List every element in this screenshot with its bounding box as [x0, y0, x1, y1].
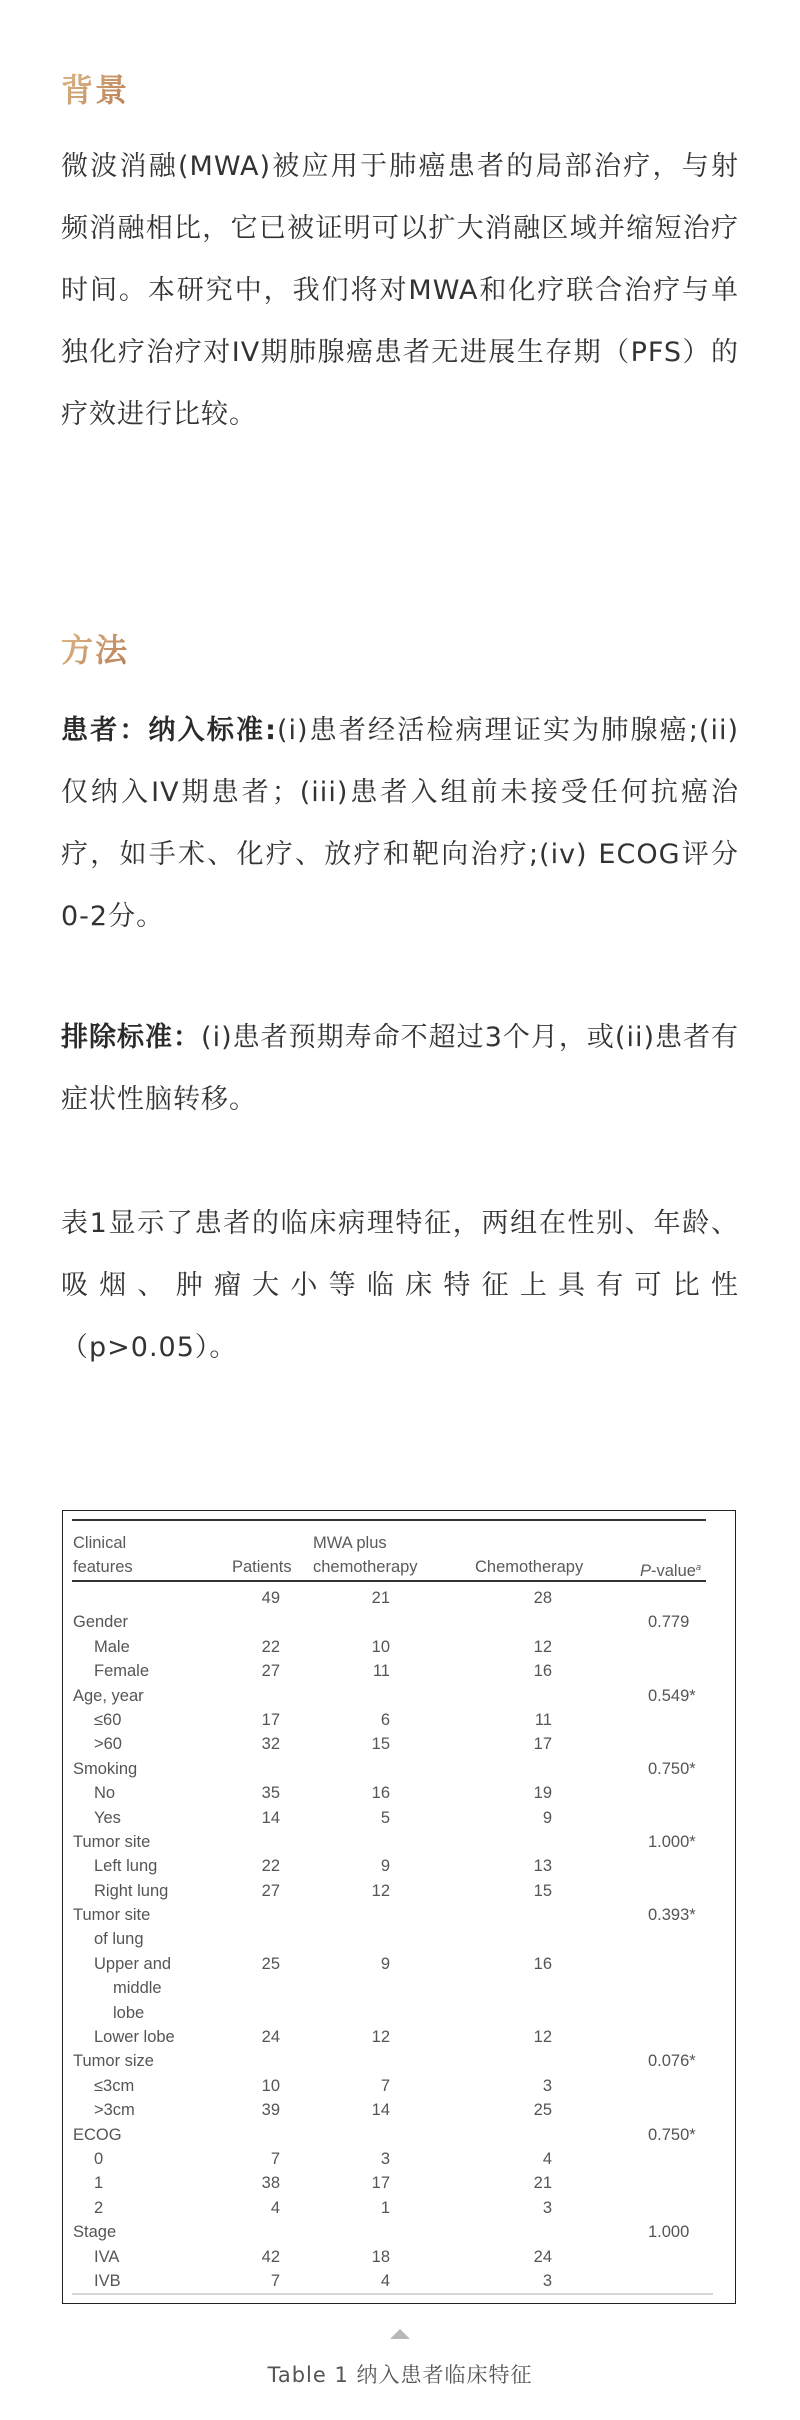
table-row: Stage1.000 — [63, 2220, 735, 2244]
row-label: ≤60 — [94, 1708, 121, 1732]
row-label: 1 — [94, 2171, 103, 2195]
row-label: Yes — [94, 1806, 121, 1830]
table-row: Left lung22913 — [63, 1854, 735, 1878]
cell-chemotherapy: 16 — [534, 1952, 552, 1976]
cell-mwa-chemotherapy: 7 — [381, 2074, 390, 2098]
table-row: Tumor size0.076* — [63, 2049, 735, 2073]
cell-patients: 38 — [262, 2171, 280, 2195]
inclusion-criteria-paragraph: 患者：纳入标准:(i)患者经活检病理证实为肺腺癌;(ii)仅纳入IV期患者；(i… — [61, 700, 739, 948]
table-header-rule — [72, 1580, 706, 1582]
row-label: Stage — [73, 2220, 116, 2244]
row-label: Upper and — [94, 1952, 171, 1976]
cell-patients: 7 — [271, 2269, 280, 2293]
cell-chemotherapy: 19 — [534, 1781, 552, 1805]
table-row: Tumor site1.000* — [63, 1830, 735, 1854]
cell-chemotherapy: 3 — [543, 2269, 552, 2293]
cell-mwa-chemotherapy: 16 — [372, 1781, 390, 1805]
table-row: Female271116 — [63, 1659, 735, 1683]
cell-p-value: 0.076* — [648, 2049, 696, 2073]
cell-chemotherapy: 11 — [535, 1708, 552, 1732]
row-label: Male — [94, 1635, 130, 1659]
inclusion-criteria-text: (i)患者经活检病理证实为肺腺癌;(ii)仅纳入IV期患者；(iii)患者入组前… — [61, 715, 739, 932]
header-chemotherapy: Chemotherapy — [475, 1555, 583, 1579]
table-row: IVA421824 — [63, 2245, 735, 2269]
table-row: 0734 — [63, 2147, 735, 2171]
table-row: IVB743 — [63, 2269, 735, 2293]
table-row: of lung — [63, 1927, 735, 1951]
cell-patients: 25 — [262, 1952, 280, 1976]
row-label: Left lung — [94, 1854, 157, 1878]
table-caption: Table 1 纳入患者临床特征 — [0, 2358, 800, 2392]
row-label: Lower lobe — [94, 2025, 175, 2049]
background-paragraph: 微波消融(MWA)被应用于肺癌患者的局部治疗，与射频消融相比，它已被证明可以扩大… — [61, 136, 739, 446]
row-label: Tumor site — [73, 1830, 150, 1854]
p-italic: P — [640, 1562, 651, 1580]
row-label: Right lung — [94, 1879, 168, 1903]
row-label: Female — [94, 1659, 149, 1683]
cell-p-value: 1.000 — [648, 2220, 689, 2244]
table-row: Upper and25916 — [63, 1952, 735, 1976]
cell-mwa-chemotherapy: 4 — [381, 2269, 390, 2293]
row-label: >3cm — [94, 2098, 135, 2122]
cell-mwa-chemotherapy: 12 — [372, 1879, 390, 1903]
cell-p-value: 0.393* — [648, 1903, 696, 1927]
header-clinical-line1: Clinical — [73, 1531, 126, 1555]
row-label: >60 — [94, 1732, 122, 1756]
cell-mwa-chemotherapy: 1 — [381, 2196, 390, 2220]
cell-chemotherapy: 3 — [543, 2074, 552, 2098]
row-label: ECOG — [73, 2123, 122, 2147]
cell-mwa-chemotherapy: 10 — [372, 1635, 390, 1659]
cell-chemotherapy: 24 — [534, 2245, 552, 2269]
table-row: >3cm391425 — [63, 2098, 735, 2122]
triangle-up-icon — [390, 2329, 410, 2339]
cell-patients: 42 — [262, 2245, 280, 2269]
section-heading-background: 背景 — [61, 72, 129, 108]
table-bottom-rule — [72, 2293, 713, 2295]
header-p-value: P-valuea — [640, 1555, 701, 1583]
table-row: middle — [63, 1976, 735, 2000]
cell-mwa-chemotherapy: 3 — [381, 2147, 390, 2171]
table-row: 2413 — [63, 2196, 735, 2220]
cell-chemotherapy: 25 — [534, 2098, 552, 2122]
row-label: lobe — [113, 2001, 144, 2025]
cell-chemotherapy: 9 — [543, 1806, 552, 1830]
row-label: IVB — [94, 2269, 121, 2293]
cell-mwa-chemotherapy: 14 — [372, 2098, 390, 2122]
cell-p-value: 0.750* — [648, 1757, 696, 1781]
p-value-footnote-marker: a — [696, 1562, 701, 1572]
clinical-features-table: Clinical features Patients MWA plus chem… — [62, 1510, 736, 2304]
row-label: 0 — [94, 2147, 103, 2171]
cell-chemotherapy: 3 — [543, 2196, 552, 2220]
row-label: ≤3cm — [94, 2074, 134, 2098]
table-row: Yes1459 — [63, 1806, 735, 1830]
cell-p-value: 0.750* — [648, 2123, 696, 2147]
table-top-rule — [72, 1519, 706, 1521]
row-label: middle — [113, 1976, 162, 2000]
header-clinical-line2: features — [73, 1555, 133, 1579]
cell-patients: 39 — [262, 2098, 280, 2122]
row-label: 2 — [94, 2196, 103, 2220]
cell-mwa-chemotherapy: 15 — [372, 1732, 390, 1756]
table-row: Gender0.779 — [63, 1610, 735, 1634]
header-patients: Patients — [232, 1555, 292, 1579]
table-row: 1381721 — [63, 2171, 735, 2195]
row-label: Smoking — [73, 1757, 137, 1781]
cell-patients: 17 — [262, 1708, 280, 1732]
exclusion-criteria-label: 排除标准： — [61, 1022, 201, 1053]
cell-patients: 32 — [262, 1732, 280, 1756]
cell-p-value: 1.000* — [648, 1830, 696, 1854]
table-row: No351619 — [63, 1781, 735, 1805]
cell-patients: 10 — [262, 2074, 280, 2098]
table-row: Age, year0.549* — [63, 1684, 735, 1708]
section-heading-methods: 方法 — [61, 632, 129, 668]
cell-mwa-chemotherapy: 9 — [381, 1854, 390, 1878]
cell-p-value: 0.549* — [648, 1684, 696, 1708]
header-mwa-line1: MWA plus — [313, 1531, 387, 1555]
cell-mwa-chemotherapy: 18 — [372, 2245, 390, 2269]
row-label: Age, year — [73, 1684, 144, 1708]
cell-patients: 4 — [271, 2196, 280, 2220]
cell-patients: 7 — [271, 2147, 280, 2171]
table-row: Tumor site0.393* — [63, 1903, 735, 1927]
cell-patients: 24 — [262, 2025, 280, 2049]
table-row: Male221012 — [63, 1635, 735, 1659]
cell-chemotherapy: 28 — [534, 1586, 552, 1610]
table-row: Right lung271215 — [63, 1879, 735, 1903]
row-label: IVA — [94, 2245, 119, 2269]
cell-mwa-chemotherapy: 21 — [372, 1586, 390, 1610]
cell-patients: 22 — [262, 1854, 280, 1878]
cell-p-value: 0.779 — [648, 1610, 689, 1634]
table-row: lobe — [63, 2001, 735, 2025]
row-label: No — [94, 1781, 115, 1805]
cell-patients: 27 — [262, 1659, 280, 1683]
cell-mwa-chemotherapy: 5 — [381, 1806, 390, 1830]
row-label: Tumor site — [73, 1903, 150, 1927]
cell-chemotherapy: 12 — [534, 1635, 552, 1659]
header-mwa-line2: chemotherapy — [313, 1555, 418, 1579]
cell-mwa-chemotherapy: 11 — [373, 1659, 390, 1683]
cell-mwa-chemotherapy: 6 — [381, 1708, 390, 1732]
exclusion-criteria-paragraph: 排除标准：(i)患者预期寿命不超过3个月，或(ii)患者有症状性脑转移。 — [61, 1007, 739, 1131]
table-row: ≤3cm1073 — [63, 2074, 735, 2098]
table-row: Lower lobe241212 — [63, 2025, 735, 2049]
cell-mwa-chemotherapy: 17 — [372, 2171, 390, 2195]
cell-chemotherapy: 4 — [543, 2147, 552, 2171]
table-row: Smoking0.750* — [63, 1757, 735, 1781]
cell-patients: 14 — [262, 1806, 280, 1830]
row-label: Gender — [73, 1610, 128, 1634]
table-row: ≤6017611 — [63, 1708, 735, 1732]
table-row: ECOG0.750* — [63, 2123, 735, 2147]
row-label: of lung — [94, 1927, 144, 1951]
cell-chemotherapy: 15 — [534, 1879, 552, 1903]
cell-chemotherapy: 21 — [534, 2171, 552, 2195]
cell-chemotherapy: 17 — [534, 1732, 552, 1756]
table-row: 492128 — [63, 1586, 735, 1610]
cell-patients: 27 — [262, 1879, 280, 1903]
cell-chemotherapy: 12 — [534, 2025, 552, 2049]
cell-mwa-chemotherapy: 12 — [372, 2025, 390, 2049]
inclusion-criteria-label: 患者：纳入标准: — [61, 715, 277, 746]
cell-patients: 35 — [262, 1781, 280, 1805]
table-row: >60321517 — [63, 1732, 735, 1756]
cell-patients: 49 — [262, 1586, 280, 1610]
p-value-rest: -value — [651, 1562, 696, 1580]
cell-chemotherapy: 13 — [534, 1854, 552, 1878]
table-summary-paragraph: 表1显示了患者的临床病理特征，两组在性别、年龄、吸烟、肿瘤大小等临床特征上具有可… — [61, 1193, 739, 1379]
cell-chemotherapy: 16 — [534, 1659, 552, 1683]
cell-patients: 22 — [262, 1635, 280, 1659]
row-label: Tumor size — [73, 2049, 154, 2073]
table-body: 492128Gender0.779Male221012Female271116A… — [63, 1586, 735, 2293]
cell-mwa-chemotherapy: 9 — [381, 1952, 390, 1976]
